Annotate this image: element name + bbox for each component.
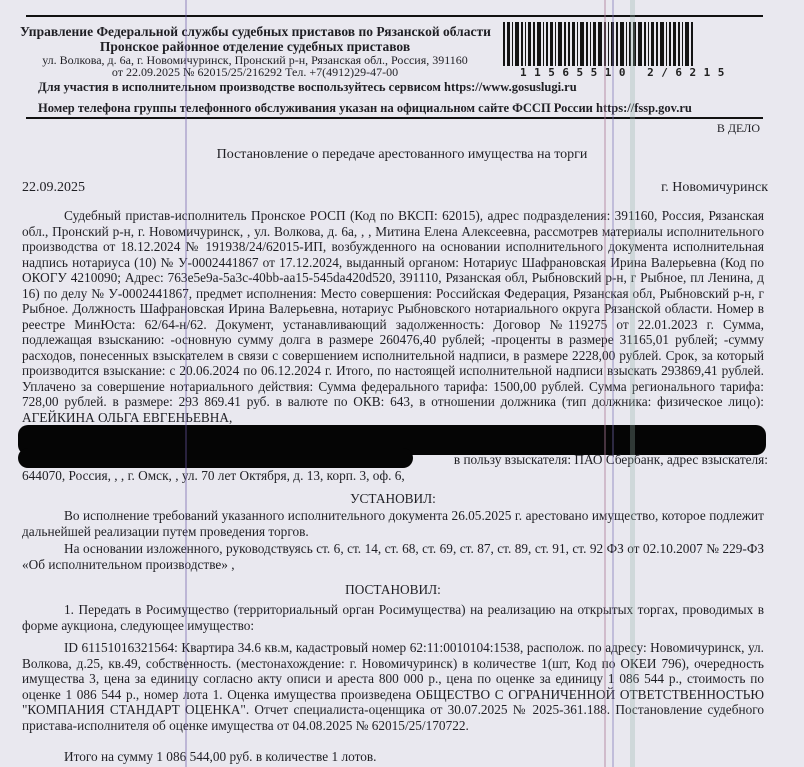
header-top-rule [26,15,763,17]
org-division: Пронское районное отделение судебных при… [20,39,490,54]
transfer-paragraph: 1. Передать в Росимущество (территориаль… [22,602,764,633]
heading-resolved: ПОСТАНОВИЛ: [22,582,764,598]
document-page: Управление Федеральной службы судебных п… [0,0,804,767]
document-date: 22.09.2025 [22,180,85,196]
basis-paragraph: На основании изложенного, руководствуясь… [22,541,764,572]
established-paragraph: Во исполнение требований указанного испо… [22,508,764,539]
document-title: Постановление о передаче арестованного и… [0,147,804,163]
barcode [503,22,761,66]
creditor-text: в пользу взыскателя: ПАО Сбербанк, адрес… [418,452,768,468]
property-paragraph: ID 61151016321564: Квартира 34.6 кв.м, к… [22,640,764,733]
gosuslugi-info: Для участия в исполнительном производств… [38,80,577,95]
routing-stamp: В ДЕЛО [717,121,760,136]
total-line: Итого на сумму 1 086 544,00 руб. в колич… [22,749,764,765]
document-city: г. Новомичуринск [661,180,768,196]
phone-info: Номер телефона группы телефонного обслуж… [38,101,692,116]
heading-established: УСТАНОВИЛ: [22,491,764,507]
registration-line: от 22.09.2025 № 62015/25/216292 Тел. +7(… [20,66,490,79]
barcode-number: 11565510 2/6215 [520,66,760,79]
creditor-address: 644070, Россия, , , г. Омск, , ул. 70 ле… [22,468,764,484]
redacted-block [18,448,413,468]
intro-paragraph: Судебный пристав-исполнитель Пронское РО… [22,208,764,425]
header-bottom-rule [26,117,763,119]
org-name: Управление Федеральной службы судебных п… [20,24,490,39]
